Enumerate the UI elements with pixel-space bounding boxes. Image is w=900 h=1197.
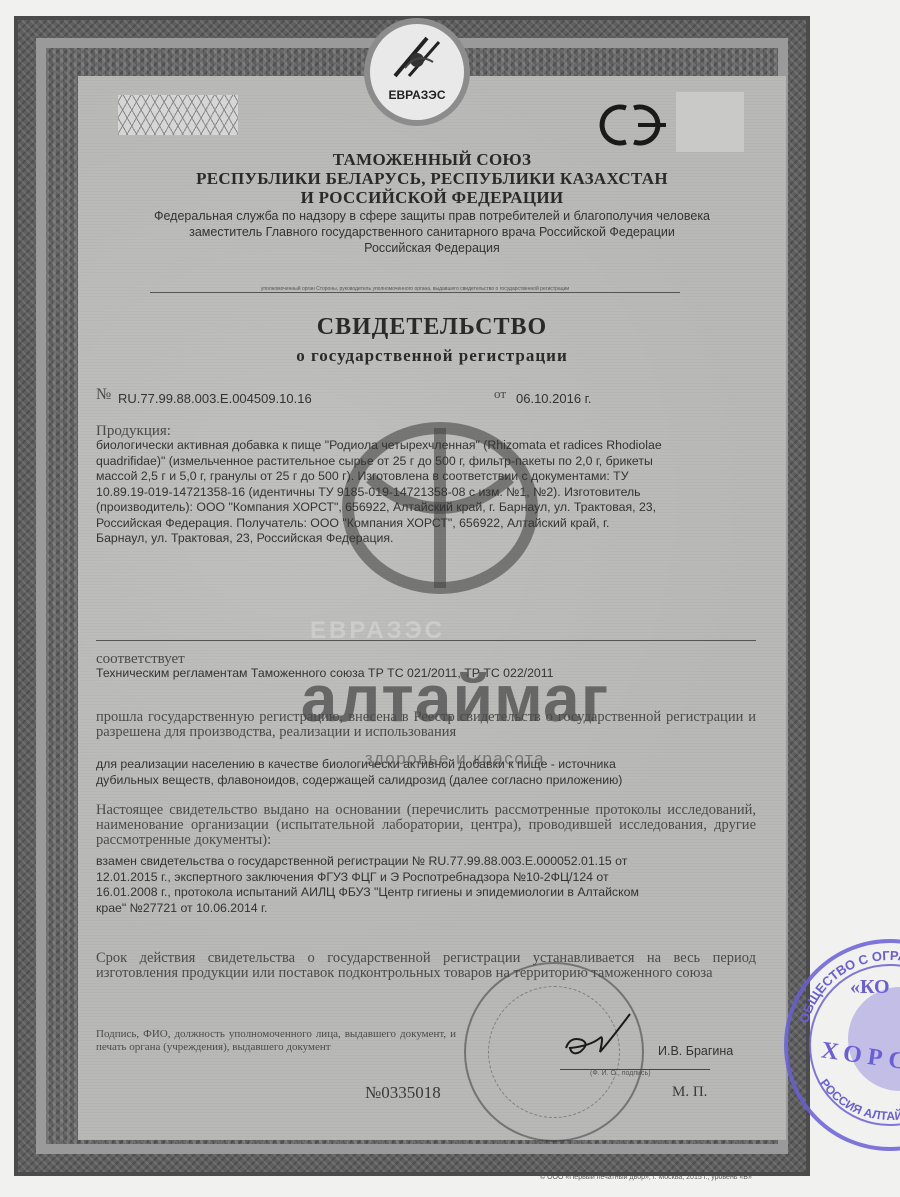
reg-date-label: от [494, 386, 506, 402]
signature-underline-caption: (Ф. И. О., подпись) [590, 1070, 651, 1077]
product-rule [96, 640, 756, 641]
header-russian-federation: И РОССИЙСКОЙ ФЕДЕРАЦИИ [78, 188, 786, 208]
product-description: биологически активная добавка к пище "Ро… [96, 438, 766, 547]
printer-footer: © ООО «Первый печатный двор», г. Москва,… [540, 1174, 752, 1181]
signature-icon [560, 1008, 640, 1068]
reg-number-value: RU.77.99.88.003.E.004509.10.16 [118, 391, 312, 406]
signature-caption: Подпись, ФИО, должность уполномоченного … [96, 1028, 456, 1054]
basis-documents: взамен свидетельства о государственной р… [96, 854, 756, 916]
product-line: quadrifidae)" (измельченное растительное… [96, 454, 766, 470]
reg-number-label: № [96, 386, 111, 404]
validity-text: Срок действия свидетельства о государств… [96, 951, 756, 981]
eurasec-emblem-icon [387, 32, 447, 84]
header-customs-union: ТАМОЖЕННЫЙ СОЮЗ [78, 150, 786, 170]
stamp-place-label: М. П. [672, 1084, 707, 1101]
certificate-subtitle: о государственной регистрации [78, 346, 786, 366]
product-line: 10.89.19-019-14721358-16 (идентичны ТУ 9… [96, 485, 766, 501]
emblem-label: ЕВРАЗЭС [370, 88, 464, 102]
basis-line: 12.01.2015 г., экспертного заключения ФГ… [96, 870, 756, 886]
product-line: биологически активная добавка к пище "Ро… [96, 438, 766, 454]
agency-line-1: Федеральная служба по надзору в сфере за… [78, 209, 786, 223]
basis-text: Настоящее свидетельство выдано на основа… [96, 803, 756, 848]
hologram-area [676, 92, 744, 152]
basis-line: крае" №27721 от 10.06.2014 г. [96, 901, 756, 917]
form-number: №0335018 [365, 1083, 441, 1103]
eurasec-emblem: ЕВРАЗЭС [364, 18, 470, 126]
basis-line: взамен свидетельства о государственной р… [96, 854, 756, 870]
product-line: массой 2,5 г и 5,0 г, гранулы от 25 г до… [96, 469, 766, 485]
se-conformity-mark-icon [592, 100, 672, 150]
signatory-name: И.В. Брагина [658, 1044, 733, 1058]
agency-line-2: заместитель Главного государственного са… [78, 225, 786, 239]
security-pattern [118, 95, 238, 135]
agency-line-3: Российская Федерация [78, 241, 786, 255]
header-tiny-caption: уполномоченный орган Стороны, руководите… [150, 286, 680, 292]
certificate-title: СВИДЕТЕЛЬСТВО [78, 314, 786, 341]
usage-line: дубильных веществ, флавоноидов, содержащ… [96, 773, 756, 789]
reg-date-value: 06.10.2016 г. [516, 391, 591, 406]
watermark-subtext: здоровье и красота [305, 749, 605, 769]
registration-status-text: прошла государственную регистрацию, внес… [96, 710, 756, 740]
stamp-name-top: «КО [850, 976, 890, 998]
product-line: Барнаул, ул. Трактовая, 23, Российская Ф… [96, 531, 766, 547]
company-stamp-icon: ОБЩЕСТВО С ОГРАНИЧЕННОЙ РОССИЯ АЛТАЙСКИЙ… [780, 935, 900, 1155]
basis-line: 16.01.2008 г., протокола испытаний АИЛЦ … [96, 885, 756, 901]
product-line: (производитель): ООО "Компания ХОРСТ", 6… [96, 500, 766, 516]
header-rule [150, 292, 680, 293]
product-line: Российская Федерация. Получатель: ООО "К… [96, 516, 766, 532]
header-republics: РЕСПУБЛИКИ БЕЛАРУСЬ, РЕСПУБЛИКИ КАЗАХСТА… [78, 169, 786, 189]
